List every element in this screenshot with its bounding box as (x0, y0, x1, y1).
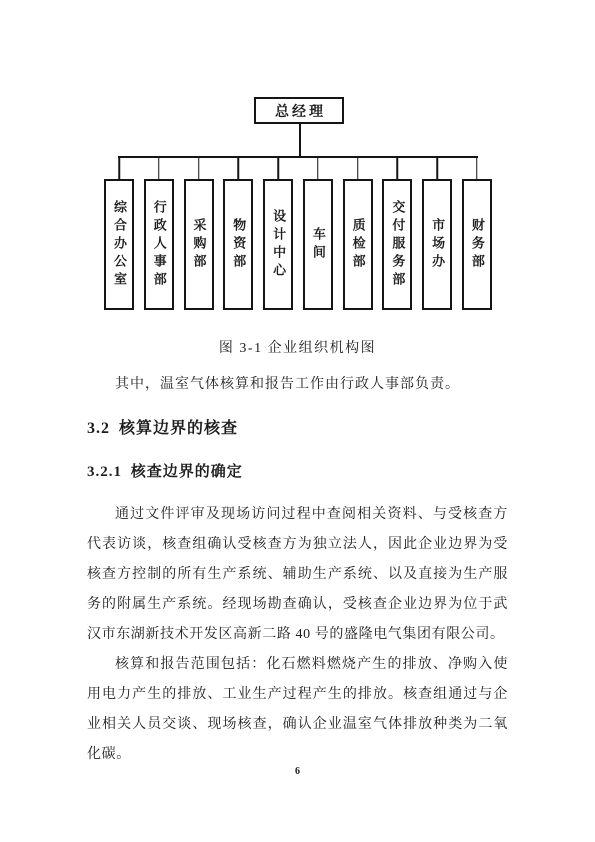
intro-note-paragraph: 其中，温室气体核算和报告工作由行政人事部负责。 (87, 372, 508, 398)
body-paragraph-1: 通过文件评审及现场访问过程中查阅相关资料、与受核查方代表访谈，核查组确认受核查方… (87, 500, 508, 650)
body-paragraph-2: 核算和报告范围包括：化石燃料燃烧产生的排放、净购入使用电力产生的排放、工业生产过… (87, 650, 508, 770)
document-page: 总经理 综合办公室 行政人事部 采购部 物资部 设计中心 车间 质检部 交付服务… (0, 0, 595, 842)
section-heading-3-2-1: 3.2.1 核查边界的确定 (87, 462, 508, 483)
page-number: 6 (0, 766, 595, 777)
text-column: 图 3-1 企业组织机构图 其中，温室气体核算和报告工作由行政人事部负责。 3.… (87, 0, 508, 770)
figure-caption: 图 3-1 企业组织机构图 (87, 338, 508, 360)
section-heading-3-2: 3.2 核算边界的核查 (87, 418, 508, 440)
